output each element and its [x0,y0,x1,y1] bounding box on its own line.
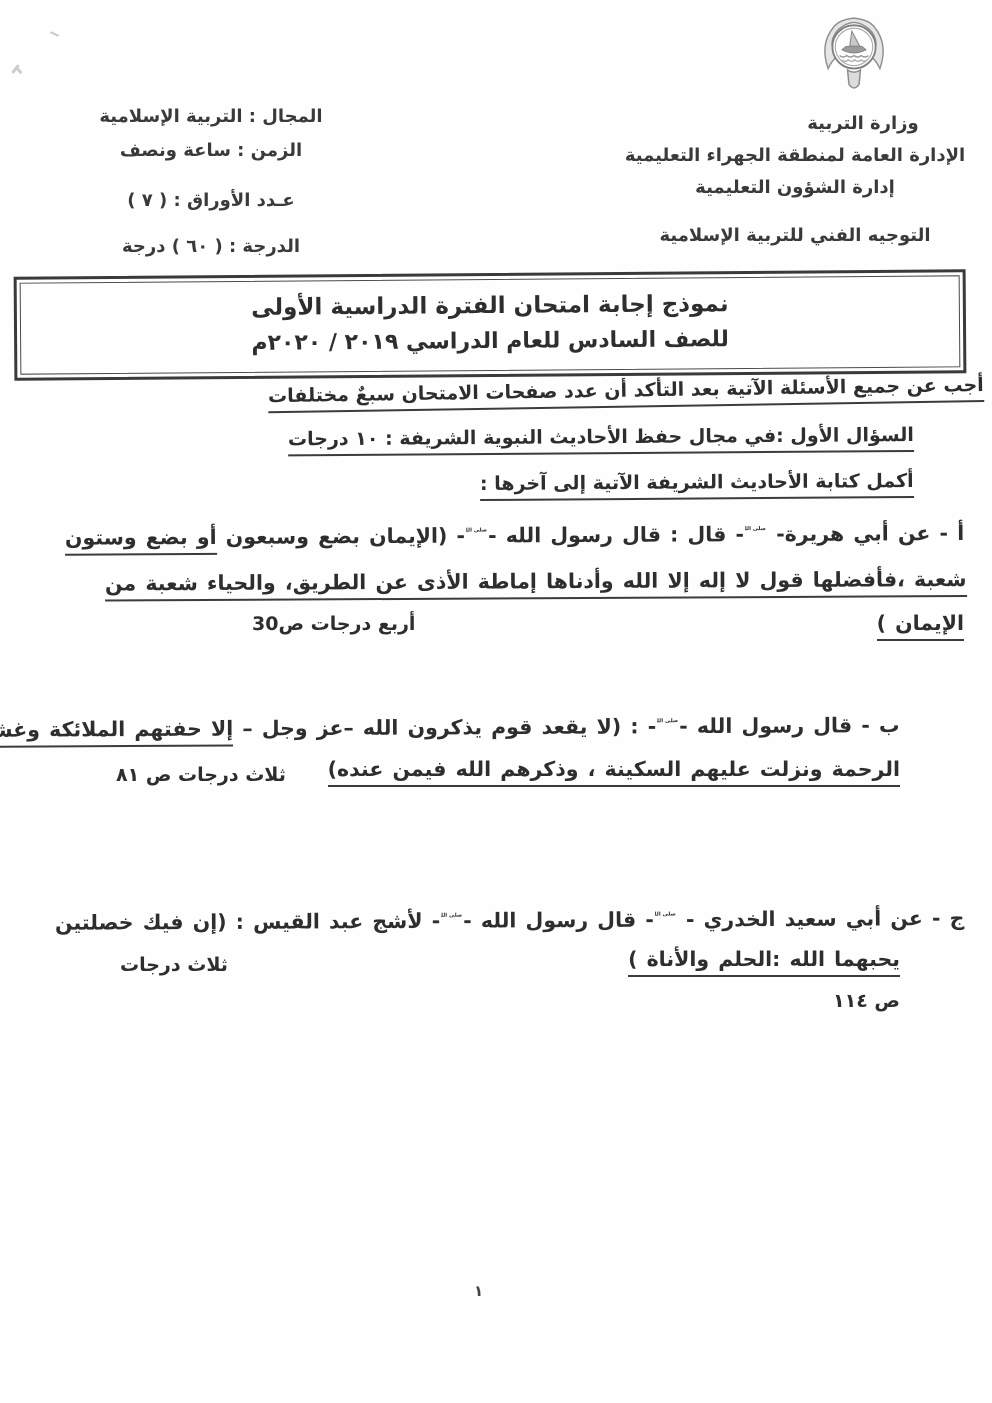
hadith-b-answer-part1: إلا حفتهم الملائكة وغشيتهم [0,716,234,748]
pbuh-symbol-icon: صلى الله عليه وسلم [654,912,675,932]
hadith-c-page-reference: ص ١١٤ [833,990,900,1012]
educational-affairs-dept: إدارة الشؤون التعليمية [600,172,990,204]
hadith-a-answer-part3: الإيمان ) [877,611,964,641]
pbuh-symbol-icon: صلى الله عليه وسلم [745,526,766,546]
exam-title-inner: نموذج إجابة امتحان الفترة الدراسية الأول… [20,275,961,374]
page-number: ١ [474,1282,483,1300]
hadith-a-line2: شعبة ،فأفضلها قول لا إله إلا الله وأدناه… [105,567,967,596]
hadith-c-line2: يحبهما الله :الحلم والأناة ) [628,947,900,971]
ministry-name: وزارة التربية [668,108,992,140]
general-instruction-text: أجب عن جميع الأسئلة الآتية بعد التأكد أن… [268,374,984,413]
hadith-a-answer-part2: شعبة ،فأفضلها قول لا إله إلا الله وأدناه… [105,567,967,602]
hadith-a-answer-part1: أو بضع وستون [65,525,217,556]
hadith-a-line3: الإيمان ) [877,611,964,635]
scan-artifact [16,68,22,75]
kuwait-emblem-icon [818,14,890,100]
exam-duration: الزمن : ساعة ونصف [58,134,364,168]
pbuh-symbol-icon: صلى الله عليه وسلم [658,718,679,738]
hadith-b-answer-part2: الرحمة ونزلت عليهم السكينة ، وذكرهم الله… [328,757,900,787]
technical-guidance: التوجيه الفني للتربية الإسلامية [600,220,990,252]
hadith-a-marks: أربع درجات ص30 [252,613,415,635]
scan-artifact [50,31,59,36]
pbuh-symbol-icon: صلى الله عليه وسلم [441,913,462,933]
pbuh-symbol-icon: صلى الله عليه وسلم [466,527,487,547]
total-grade: الدرجة : ( ٦٠ ) درجة [58,230,364,264]
hadith-b-marks: ثلاث درجات ص ٨١ [116,764,286,786]
subject-field: المجال : التربية الإسلامية [58,100,364,134]
header-exam-info-block: المجال : التربية الإسلامية الزمن : ساعة … [58,100,364,264]
exam-answer-key-page: وزارة التربية الإدارة العامة لمنطقة الجه… [0,0,992,1403]
header-ministry-block: وزارة التربية الإدارة العامة لمنطقة الجه… [600,108,990,252]
hadith-c-marks: ثلاث درجات [120,954,228,976]
hadith-c-line1: ج - عن أبي سعيد الخدري - صلى الله عليه و… [55,906,964,935]
hadith-b-line2: الرحمة ونزلت عليهم السكينة ، وذكرهم الله… [328,757,900,781]
exam-title-line2: للصف السادس للعام الدراسي ٢٠١٩ / ٢٠٢٠م [31,320,949,363]
question1-subheading: أكمل كتابة الأحاديث الشريفة الآتية إلى آ… [480,470,914,495]
exam-title-box: نموذج إجابة امتحان الفترة الدراسية الأول… [14,269,967,380]
hadith-c-answer: يحبهما الله :الحلم والأناة ) [628,947,900,977]
hadith-a-line1: أ - عن أبي هريرة- صلى الله عليه وسلم- قا… [65,521,964,550]
question1-heading: السؤال الأول :في مجال حفظ الأحاديث النبو… [288,424,914,450]
district-administration: الإدارة العامة لمنطقة الجهراء التعليمية [600,140,990,172]
sheet-count: عـدد الأوراق : ( ٧ ) [58,184,364,218]
general-instruction: أجب عن جميع الأسئلة الآتية بعد التأكد أن… [268,374,984,407]
hadith-b-line1: ب - قال رسول الله -صلى الله عليه وسلم- :… [0,713,900,742]
